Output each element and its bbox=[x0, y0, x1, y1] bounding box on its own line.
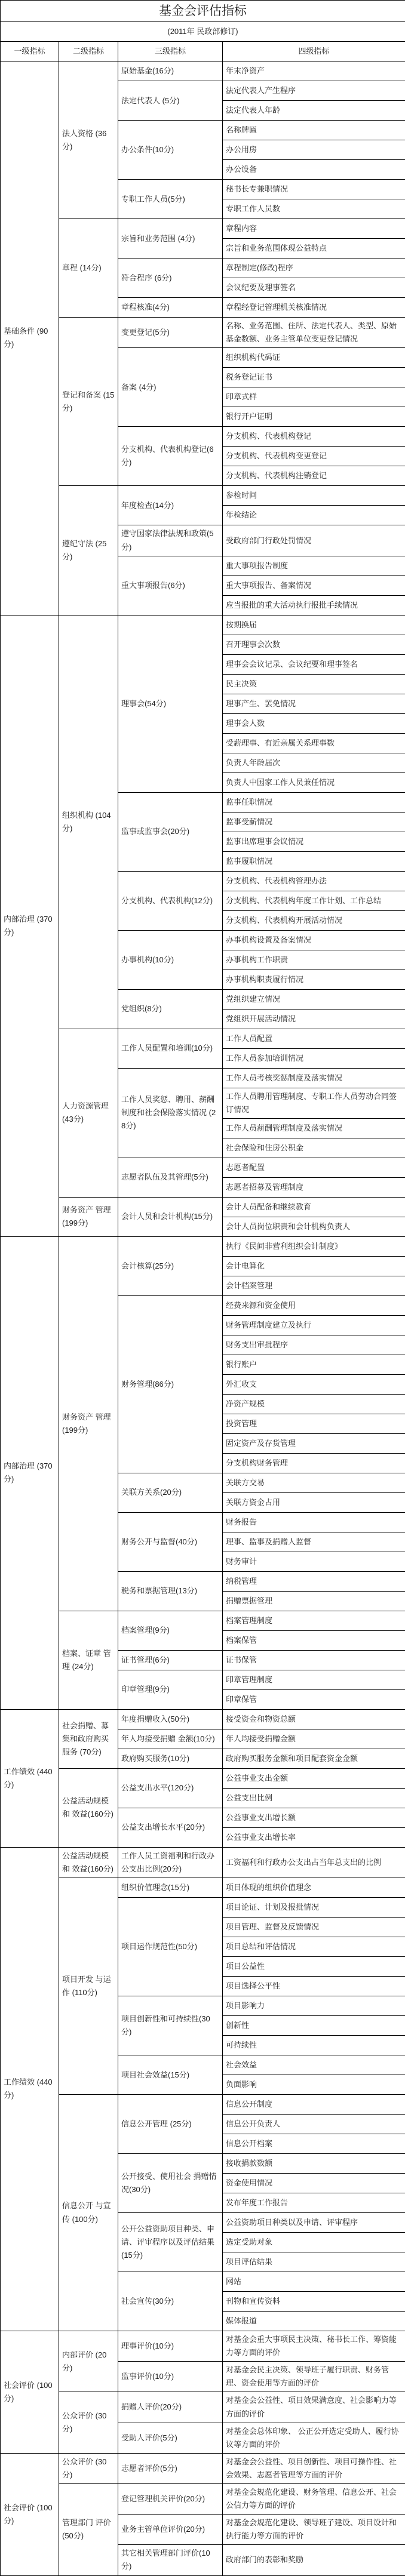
level4-indicator-cell: 财务管理制度建立及执行 bbox=[223, 1315, 405, 1335]
level1-indicator-cell: 工作绩效 (440分) bbox=[1, 1709, 59, 1847]
level2-indicator-cell: 财务资产 管理 (199分) bbox=[59, 1197, 118, 1236]
level3-indicator-cell: 公开接受、使用社会 捐赠情况(30分) bbox=[118, 2154, 223, 2213]
level4-indicator-cell: 银行开户证明 bbox=[223, 407, 405, 427]
level3-indicator-cell: 原始基金(16分) bbox=[118, 61, 223, 81]
table-row: 内部治理 (370分)财务资产 管理 (199分)会计核算(25分)执行《民间非… bbox=[1, 1236, 405, 1256]
level3-indicator-cell: 工作人员工资福利和行政办公支出比例(20分) bbox=[118, 1847, 223, 1878]
level3-indicator-cell: 公益支出水平(120分) bbox=[118, 1768, 223, 1808]
indicator-table-body: 基金会评估指标 (2011年 民政部修订) 一级指标二级指标三级指标四级指标 基… bbox=[1, 1, 405, 2576]
level4-indicator-cell: 工作人员配置 bbox=[223, 1029, 405, 1048]
level4-indicator-cell: 办公用房 bbox=[223, 140, 405, 160]
level4-indicator-cell: 社会效益 bbox=[223, 2055, 405, 2075]
level4-indicator-cell: 关联方交易 bbox=[223, 1473, 405, 1492]
level4-indicator-cell: 分支机构、代表机构变更登记 bbox=[223, 447, 405, 466]
level4-indicator-cell: 政府购买服务金额和项目配套资金金额 bbox=[223, 1749, 405, 1768]
level3-indicator-cell: 理事评价(10分) bbox=[118, 2331, 223, 2362]
level4-indicator-cell: 年末净资产 bbox=[223, 61, 405, 81]
level4-indicator-cell: 工作人员聘用管理制度、专职工作人员劳动合同签订情况 bbox=[223, 1088, 405, 1118]
level4-indicator-cell: 专职工作人员数 bbox=[223, 199, 405, 219]
table-row: 遵纪守法 (25分)年度检查(14分)参检时间 bbox=[1, 486, 405, 506]
table-row: 项目开发 与运作 (110分)组织价值理念(15分)项目体现的组织价值理念 bbox=[1, 1878, 405, 1898]
level4-indicator-cell: 受薪理事、有近亲属关系理事数 bbox=[223, 733, 405, 753]
level4-indicator-cell: 工作人员薪酬管理制度及落实情况 bbox=[223, 1118, 405, 1138]
level3-indicator-cell: 法定代表人 (5分) bbox=[118, 81, 223, 121]
level4-indicator-cell: 财务报告 bbox=[223, 1512, 405, 1532]
table-row: 信息公开 与宣传 (100分)信息公开管理 (25分)信息公开制度 bbox=[1, 2095, 405, 2115]
level2-indicator-cell: 登记和备案 (15分) bbox=[59, 318, 118, 486]
level4-indicator-cell: 办事机构工作职责 bbox=[223, 950, 405, 970]
level4-indicator-cell: 网站 bbox=[223, 2272, 405, 2292]
table-row: 社会评价 (100分)内部评价 (20分)理事评价(10分)对基金会重大事项民主… bbox=[1, 2331, 405, 2362]
level4-indicator-cell: 财务审计 bbox=[223, 1552, 405, 1571]
level4-indicator-cell: 组织机构代码证 bbox=[223, 348, 405, 368]
level3-indicator-cell: 符合程序 (6分) bbox=[118, 258, 223, 298]
level4-indicator-cell: 章程经登记管理机关核准情况 bbox=[223, 298, 405, 318]
title-row: 基金会评估指标 bbox=[1, 1, 405, 22]
level2-indicator-cell: 人力资源管理 (43分) bbox=[59, 1029, 118, 1197]
level4-indicator-cell: 发布年度工作报告 bbox=[223, 2193, 405, 2213]
level4-indicator-cell: 对基金会总体印象、 公正公开选定受助人、履行协议等方面的评价 bbox=[223, 2423, 405, 2453]
level4-indicator-cell: 监事任职情况 bbox=[223, 792, 405, 812]
level4-indicator-cell: 会计电算化 bbox=[223, 1256, 405, 1276]
level4-indicator-cell: 印章式样 bbox=[223, 387, 405, 407]
level3-indicator-cell: 志愿者队伍及其管理(5分) bbox=[118, 1158, 223, 1197]
level4-indicator-cell: 法定代表人年龄 bbox=[223, 101, 405, 121]
level4-indicator-cell: 社会保险和住房公积金 bbox=[223, 1138, 405, 1158]
level2-indicator-cell: 管理部门 评价 (50分) bbox=[59, 2483, 118, 2575]
level4-indicator-cell: 项目选择公平性 bbox=[223, 1977, 405, 1996]
level4-indicator-cell: 接收捐款数额 bbox=[223, 2154, 405, 2174]
level3-indicator-cell: 办公条件(10分) bbox=[118, 121, 223, 180]
level4-indicator-cell: 办事机构职责履行情况 bbox=[223, 970, 405, 989]
level4-indicator-cell: 分支机构、代表机构注销登记 bbox=[223, 466, 405, 486]
level4-indicator-cell: 证书保管 bbox=[223, 1650, 405, 1670]
level4-indicator-cell: 项目公益性 bbox=[223, 1957, 405, 1977]
level3-indicator-cell: 监事评价(10分) bbox=[118, 2362, 223, 2392]
level3-indicator-cell: 税务和票据管理(13分) bbox=[118, 1571, 223, 1611]
level4-indicator-cell: 党组织开展活动情况 bbox=[223, 1009, 405, 1029]
level1-indicator-cell: 基础条件 (90分) bbox=[1, 61, 59, 615]
level4-indicator-cell: 对基金会公益性、项目创新性、项目可操作性、社会效果、志愿者管理等方面的评价 bbox=[223, 2453, 405, 2483]
level2-indicator-cell: 社会捐赠、募集和政府购买服务 (70分) bbox=[59, 1709, 118, 1768]
level3-indicator-cell: 重大事项报告(6分) bbox=[118, 556, 223, 615]
level4-indicator-cell: 年人均接受捐赠金额 bbox=[223, 1729, 405, 1749]
level4-indicator-cell: 志愿者配置 bbox=[223, 1158, 405, 1177]
table-row: 登记和备案 (15分)变更登记(5分)名称、业务范围、住所、法定代表人、类型、原… bbox=[1, 318, 405, 348]
level4-indicator-cell: 纳税管理 bbox=[223, 1571, 405, 1591]
level3-indicator-cell: 关联方关系(20分) bbox=[118, 1473, 223, 1512]
level3-indicator-cell: 年度检查(14分) bbox=[118, 486, 223, 525]
level4-indicator-cell: 档案管理制度 bbox=[223, 1611, 405, 1630]
level4-indicator-cell: 宗旨和业务范围体现公益特点 bbox=[223, 239, 405, 258]
level1-indicator-cell: 内部治理 (370分) bbox=[1, 615, 59, 1236]
level3-indicator-cell: 政府购买服务(10分) bbox=[118, 1749, 223, 1768]
level3-indicator-cell: 会计人员和会计机构(15分) bbox=[118, 1197, 223, 1236]
level4-indicator-cell: 会议纪要及理事签名 bbox=[223, 278, 405, 298]
level4-indicator-cell: 负面影响 bbox=[223, 2075, 405, 2095]
level4-indicator-cell: 税务登记证书 bbox=[223, 368, 405, 387]
level3-indicator-cell: 印章管理(9分) bbox=[118, 1670, 223, 1709]
level3-indicator-cell: 办事机构(10分) bbox=[118, 930, 223, 989]
level3-indicator-cell: 章程核准(4分) bbox=[118, 298, 223, 318]
level4-indicator-cell: 理事会人数 bbox=[223, 713, 405, 733]
level4-indicator-cell: 分支机构财务管理 bbox=[223, 1453, 405, 1473]
level3-indicator-cell: 档案管理(9分) bbox=[118, 1611, 223, 1650]
level2-indicator-cell: 档案、证章 管理 (24分) bbox=[59, 1611, 118, 1709]
level1-indicator-cell: 社会评价 (100分) bbox=[1, 2453, 59, 2575]
level4-indicator-cell: 应当报批的重大活动执行报批手续情况 bbox=[223, 595, 405, 615]
level4-indicator-cell: 受政府部门行政处罚情况 bbox=[223, 525, 405, 556]
level4-indicator-cell: 对基金会规范化建设、财务管理、信息公开、社会公信力等方面的评价 bbox=[223, 2483, 405, 2514]
level4-indicator-cell: 外汇收支 bbox=[223, 1374, 405, 1394]
subtitle-row: (2011年 民政部修订) bbox=[1, 22, 405, 42]
level4-indicator-cell: 对基金会公益性、项目效果满意度、社会影响力等方面的评价 bbox=[223, 2392, 405, 2423]
level4-indicator-cell: 法定代表人产生程序 bbox=[223, 81, 405, 101]
level4-indicator-cell: 工作人员考核奖惩制度及落实情况 bbox=[223, 1068, 405, 1088]
level3-indicator-cell: 项目运作规范性(50分) bbox=[118, 1898, 223, 1996]
level2-indicator-cell: 公众评价 (30分) bbox=[59, 2453, 118, 2483]
level4-indicator-cell: 秘书长专兼职情况 bbox=[223, 180, 405, 199]
level4-indicator-cell: 民主决策 bbox=[223, 674, 405, 694]
level2-indicator-cell: 信息公开 与宣传 (100分) bbox=[59, 2095, 118, 2331]
level4-indicator-cell: 办公设备 bbox=[223, 160, 405, 180]
column-header-4: 四级指标 bbox=[223, 42, 405, 61]
level4-indicator-cell: 创新性 bbox=[223, 2016, 405, 2036]
level4-indicator-cell: 会计人员配备和继续教育 bbox=[223, 1197, 405, 1217]
level3-indicator-cell: 信息公开管理 (25分) bbox=[118, 2095, 223, 2154]
level4-indicator-cell: 项目管理、监督及反馈情况 bbox=[223, 1918, 405, 1937]
level4-indicator-cell: 按期换届 bbox=[223, 615, 405, 635]
level4-indicator-cell: 会计档案管理 bbox=[223, 1276, 405, 1295]
level3-indicator-cell: 受助人评价(5分) bbox=[118, 2423, 223, 2453]
level4-indicator-cell: 志愿者招募及管理制度 bbox=[223, 1177, 405, 1197]
table-row: 内部治理 (370分)组织机构 (104分)理事会(54分)按期换届 bbox=[1, 615, 405, 635]
level4-indicator-cell: 分支机构、代表机构登记 bbox=[223, 427, 405, 447]
level3-indicator-cell: 项目社会效益(15分) bbox=[118, 2055, 223, 2095]
level4-indicator-cell: 公益事业支出金额 bbox=[223, 1768, 405, 1788]
level2-indicator-cell: 法人资格 (36分) bbox=[59, 61, 118, 219]
level3-indicator-cell: 社会宣传(30分) bbox=[118, 2272, 223, 2331]
level4-indicator-cell: 对基金会规范化建设、领导班子建设、项目设计和执行能力等方面的评价 bbox=[223, 2515, 405, 2545]
indicator-table-page: 基金会评估指标 (2011年 民政部修订) 一级指标二级指标三级指标四级指标 基… bbox=[0, 0, 405, 2576]
level3-indicator-cell: 志愿者评价(5分) bbox=[118, 2453, 223, 2483]
table-row: 工作绩效 (440分)社会捐赠、募集和政府购买服务 (70分)年度捐赠收入(50… bbox=[1, 1709, 405, 1729]
level3-indicator-cell: 组织价值理念(15分) bbox=[118, 1878, 223, 1898]
level4-indicator-cell: 分支机构、代表机构开展活动情况 bbox=[223, 910, 405, 930]
level4-indicator-cell: 资金使用情况 bbox=[223, 2174, 405, 2193]
level3-indicator-cell: 公益支出增长水平(20分) bbox=[118, 1808, 223, 1847]
level4-indicator-cell: 信息公开档案 bbox=[223, 2134, 405, 2154]
level4-indicator-cell: 分支机构、代表机构年度工作计划、工作总结 bbox=[223, 891, 405, 910]
level2-indicator-cell: 章程 (14分) bbox=[59, 219, 118, 318]
level4-indicator-cell: 关联方资金占用 bbox=[223, 1492, 405, 1512]
table-row: 工作绩效 (440分)公益活动规模和 效益(160分)工作人员工资福利和行政办公… bbox=[1, 1847, 405, 1878]
level4-indicator-cell: 党组织建立情况 bbox=[223, 989, 405, 1009]
level4-indicator-cell: 名称、业务范围、住所、法定代表人、类型、原始基金数额、业务主管单位变更登记情况 bbox=[223, 318, 405, 348]
level3-indicator-cell: 年人均接受捐赠 金额(10分) bbox=[118, 1729, 223, 1749]
level4-indicator-cell: 公益资助项目种类以及申请、评审程序 bbox=[223, 2213, 405, 2233]
level4-indicator-cell: 监事出席理事会议情况 bbox=[223, 832, 405, 851]
column-header-1: 一级指标 bbox=[1, 42, 59, 61]
level4-indicator-cell: 固定资产及存货管理 bbox=[223, 1433, 405, 1453]
indicator-table: 基金会评估指标 (2011年 民政部修订) 一级指标二级指标三级指标四级指标 基… bbox=[0, 0, 405, 2576]
level4-indicator-cell: 名称牌匾 bbox=[223, 121, 405, 140]
level2-indicator-cell: 公益活动规模和 效益(160分) bbox=[59, 1768, 118, 1847]
level4-indicator-cell: 经费来源和资金使用 bbox=[223, 1295, 405, 1315]
level4-indicator-cell: 接受资金和物资总额 bbox=[223, 1709, 405, 1729]
level3-indicator-cell: 公开公益资助项目种类、申请、评审程序以及评估结果(15分) bbox=[118, 2213, 223, 2272]
level4-indicator-cell: 理事、监事及捐赠人监督 bbox=[223, 1532, 405, 1552]
level3-indicator-cell: 登记管理机关评价(20分) bbox=[118, 2483, 223, 2514]
level3-indicator-cell: 党组织(8分) bbox=[118, 989, 223, 1029]
level4-indicator-cell: 召开理事会次数 bbox=[223, 635, 405, 654]
level3-indicator-cell: 理事会(54分) bbox=[118, 615, 223, 792]
level1-indicator-cell: 工作绩效 (440分) bbox=[1, 1847, 59, 2331]
level4-indicator-cell: 工资福利和行政办公支出占当年总支出的比例 bbox=[223, 1847, 405, 1878]
level4-indicator-cell: 理事产生、罢免情况 bbox=[223, 694, 405, 713]
level4-indicator-cell: 项目论证、计划及报批情况 bbox=[223, 1898, 405, 1918]
level3-indicator-cell: 宗旨和业务范围 (4分) bbox=[118, 219, 223, 258]
level3-indicator-cell: 会计核算(25分) bbox=[118, 1236, 223, 1295]
level3-indicator-cell: 分支机构、代表机构登记(6分) bbox=[118, 427, 223, 486]
level4-indicator-cell: 项目总结和评估情况 bbox=[223, 1937, 405, 1957]
level4-indicator-cell: 选定受助对象 bbox=[223, 2233, 405, 2252]
level3-indicator-cell: 变更登记(5分) bbox=[118, 318, 223, 348]
page-subtitle: (2011年 民政部修订) bbox=[1, 22, 405, 42]
level4-indicator-cell: 项目体现的组织价值理念 bbox=[223, 1878, 405, 1898]
level2-indicator-cell: 内部评价 (20分) bbox=[59, 2331, 118, 2392]
level4-indicator-cell: 负责人中国家工作人员兼任情况 bbox=[223, 773, 405, 792]
level3-indicator-cell: 遵守国家法律法规和政策(5分) bbox=[118, 525, 223, 556]
level4-indicator-cell: 章程制定(修改)程序 bbox=[223, 258, 405, 278]
level4-indicator-cell: 媒体报道 bbox=[223, 2312, 405, 2331]
level4-indicator-cell: 净资产规模 bbox=[223, 1394, 405, 1414]
level2-indicator-cell: 项目开发 与运作 (110分) bbox=[59, 1878, 118, 2095]
level4-indicator-cell: 政府部门的表彰和奖励 bbox=[223, 2545, 405, 2575]
level3-indicator-cell: 业务主管单位评价(20分) bbox=[118, 2515, 223, 2545]
level4-indicator-cell: 执行《民间非营利组织会计制度》 bbox=[223, 1236, 405, 1256]
level4-indicator-cell: 公益事业支出增长额 bbox=[223, 1808, 405, 1827]
page-title: 基金会评估指标 bbox=[1, 1, 405, 22]
column-header-3: 三级指标 bbox=[118, 42, 223, 61]
level4-indicator-cell: 理事会会议记录、会议纪要和理事签名 bbox=[223, 654, 405, 674]
table-row: 章程 (14分)宗旨和业务范围 (4分)章程内容 bbox=[1, 219, 405, 239]
level3-indicator-cell: 年度捐赠收入(50分) bbox=[118, 1709, 223, 1729]
level4-indicator-cell: 捐赠票据管理 bbox=[223, 1591, 405, 1611]
level3-indicator-cell: 捐赠人评价(20分) bbox=[118, 2392, 223, 2423]
table-row: 财务资产 管理 (199分)会计人员和会计机构(15分)会计人员配备和继续教育 bbox=[1, 1197, 405, 1217]
level3-indicator-cell: 财务管理(86分) bbox=[118, 1295, 223, 1473]
level4-indicator-cell: 重大事项报告、备案情况 bbox=[223, 575, 405, 595]
level4-indicator-cell: 会计人员岗位职责和会计机构负责人 bbox=[223, 1217, 405, 1236]
level2-indicator-cell: 组织机构 (104分) bbox=[59, 615, 118, 1029]
level4-indicator-cell: 项目影响力 bbox=[223, 1996, 405, 2016]
level4-indicator-cell: 对基金会民主决策、领导班子履行职责、财务管理、资金使用等方面的评价 bbox=[223, 2362, 405, 2392]
level4-indicator-cell: 办事机构设置及备案情况 bbox=[223, 930, 405, 950]
level3-indicator-cell: 工作人员配置和培训(10分) bbox=[118, 1029, 223, 1068]
level1-indicator-cell: 社会评价 (100分) bbox=[1, 2331, 59, 2454]
level3-indicator-cell: 监事或监事会(20分) bbox=[118, 792, 223, 871]
table-row: 档案、证章 管理 (24分)档案管理(9分)档案管理制度 bbox=[1, 1611, 405, 1630]
level3-indicator-cell: 备案 (4分) bbox=[118, 348, 223, 427]
level4-indicator-cell: 可持续性 bbox=[223, 2036, 405, 2055]
level2-indicator-cell: 公众评价 (30分) bbox=[59, 2392, 118, 2453]
level4-indicator-cell: 信息公开负责人 bbox=[223, 2115, 405, 2134]
level4-indicator-cell: 负责人年龄届次 bbox=[223, 753, 405, 773]
level4-indicator-cell: 工作人员参加培训情况 bbox=[223, 1048, 405, 1068]
level4-indicator-cell: 分支机构、代表机构管理办法 bbox=[223, 871, 405, 891]
level4-indicator-cell: 印章管理制度 bbox=[223, 1670, 405, 1689]
level2-indicator-cell: 遵纪守法 (25分) bbox=[59, 486, 118, 615]
level4-indicator-cell: 监事受薪情况 bbox=[223, 812, 405, 832]
level4-indicator-cell: 对基金会重大事项民主决策、秘书长工作、筹资能力等方面的评价 bbox=[223, 2331, 405, 2362]
level4-indicator-cell: 公益支出比例 bbox=[223, 1788, 405, 1808]
level4-indicator-cell: 投资管理 bbox=[223, 1414, 405, 1433]
level4-indicator-cell: 刊物和宣传资料 bbox=[223, 2292, 405, 2312]
level3-indicator-cell: 工作人员奖惩、聘用、薪酬制度和社会保险落实情况 (28分) bbox=[118, 1068, 223, 1158]
level2-indicator-cell: 公益活动规模和 效益(160分) bbox=[59, 1847, 118, 1878]
table-row: 基础条件 (90分)法人资格 (36分)原始基金(16分)年末净资产 bbox=[1, 61, 405, 81]
level4-indicator-cell: 印章保管 bbox=[223, 1689, 405, 1709]
level3-indicator-cell: 项目创新性和可持续性(30分) bbox=[118, 1996, 223, 2055]
column-header-2: 二级指标 bbox=[59, 42, 118, 61]
level4-indicator-cell: 重大事项报告制度 bbox=[223, 556, 405, 575]
table-row: 公众评价 (30分)捐赠人评价(20分)对基金会公益性、项目效果满意度、社会影响… bbox=[1, 2392, 405, 2423]
level4-indicator-cell: 项目评估结果 bbox=[223, 2252, 405, 2272]
level4-indicator-cell: 档案保管 bbox=[223, 1630, 405, 1650]
level3-indicator-cell: 其它相关管理部门评价(10分) bbox=[118, 2545, 223, 2575]
header-row: 一级指标二级指标三级指标四级指标 bbox=[1, 42, 405, 61]
table-row: 社会评价 (100分)公众评价 (30分)志愿者评价(5分)对基金会公益性、项目… bbox=[1, 2453, 405, 2483]
level3-indicator-cell: 财务公开与监督(40分) bbox=[118, 1512, 223, 1571]
level1-indicator-cell: 内部治理 (370分) bbox=[1, 1236, 59, 1709]
level4-indicator-cell: 参检时间 bbox=[223, 486, 405, 506]
level3-indicator-cell: 专职工作人员(5分) bbox=[118, 180, 223, 219]
level4-indicator-cell: 财务支出审批程序 bbox=[223, 1335, 405, 1355]
table-row: 人力资源管理 (43分)工作人员配置和培训(10分)工作人员配置 bbox=[1, 1029, 405, 1048]
level4-indicator-cell: 公益事业支出增长率 bbox=[223, 1827, 405, 1847]
level2-indicator-cell: 财务资产 管理 (199分) bbox=[59, 1236, 118, 1611]
level4-indicator-cell: 银行账户 bbox=[223, 1355, 405, 1374]
level3-indicator-cell: 证书管理(6分) bbox=[118, 1650, 223, 1670]
level4-indicator-cell: 信息公开制度 bbox=[223, 2095, 405, 2115]
table-row: 管理部门 评价 (50分)登记管理机关评价(20分)对基金会规范化建设、财务管理… bbox=[1, 2483, 405, 2514]
level3-indicator-cell: 分支机构、代表机构(12分) bbox=[118, 871, 223, 930]
level4-indicator-cell: 章程内容 bbox=[223, 219, 405, 239]
table-row: 公益活动规模和 效益(160分)公益支出水平(120分)公益事业支出金额 bbox=[1, 1768, 405, 1788]
level4-indicator-cell: 监事履职情况 bbox=[223, 851, 405, 871]
level4-indicator-cell: 年检结论 bbox=[223, 506, 405, 525]
